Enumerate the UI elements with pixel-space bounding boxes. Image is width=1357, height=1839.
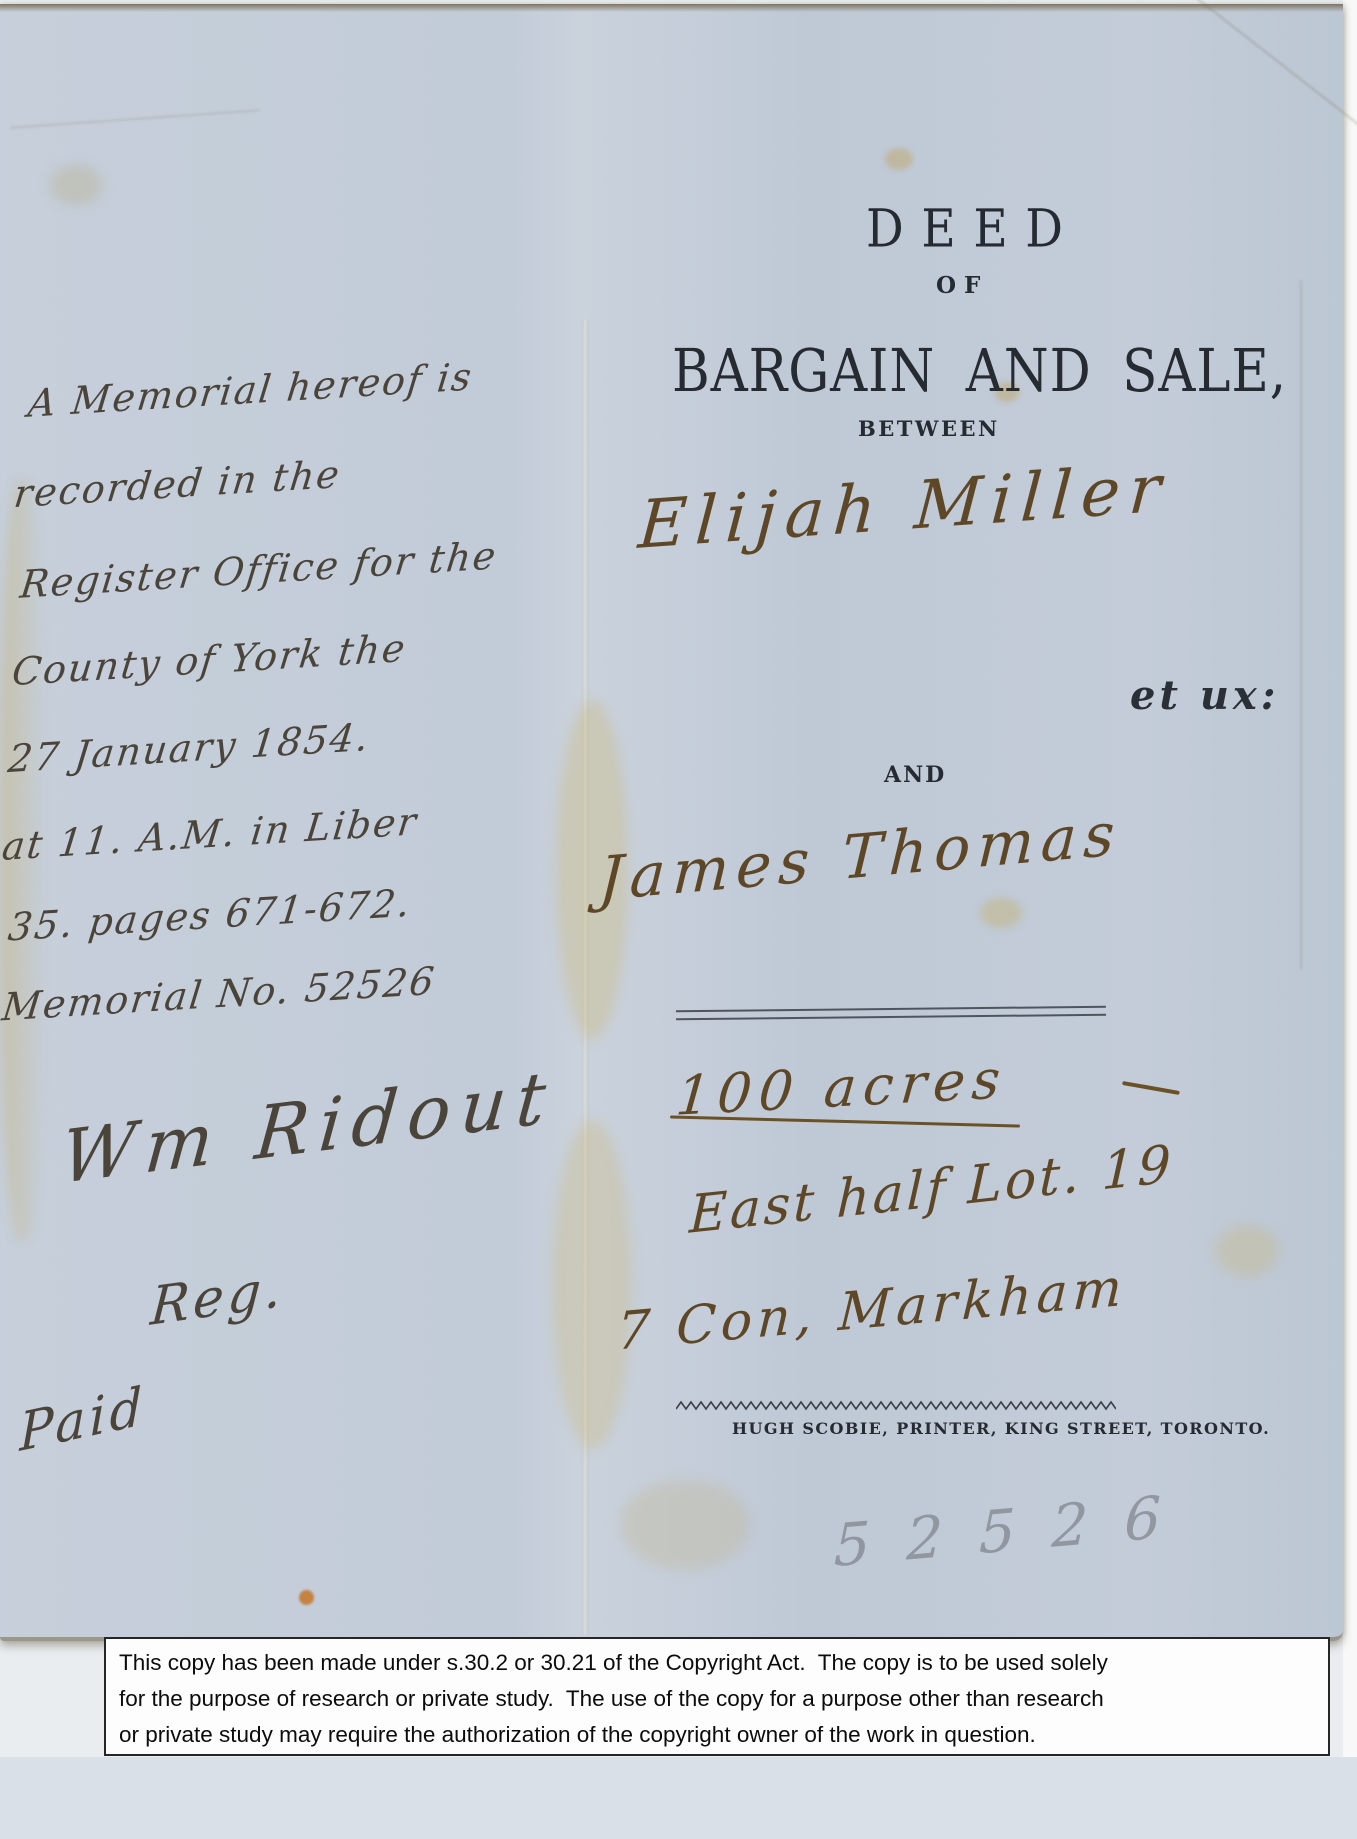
copyright-line: for the purpose of research or private s…	[119, 1681, 1316, 1717]
zigzag-rule	[676, 1400, 1116, 1412]
stain	[552, 1120, 632, 1450]
paper-top-edge	[0, 4, 1343, 12]
vertical-crease	[1300, 280, 1302, 970]
zigzag-rule-path	[676, 1402, 1116, 1409]
stain	[885, 148, 913, 170]
scanner-background-right	[1343, 0, 1357, 1839]
stain	[980, 898, 1022, 928]
copyright-notice-box: This copy has been made under s.30.2 or …	[104, 1637, 1330, 1756]
copyright-line: or private study may require the authori…	[119, 1717, 1316, 1753]
stain	[620, 1480, 750, 1570]
deed-subtitle: BARGAIN AND SALE,	[672, 336, 1287, 405]
foxing-spot	[299, 1590, 314, 1605]
between-label: BETWEEN	[858, 416, 1000, 441]
scanner-background-bottom	[0, 1757, 1357, 1839]
et-ux-label: et ux:	[1130, 672, 1280, 719]
deed-title: DEED	[866, 198, 1081, 260]
printer-imprint: HUGH SCOBIE, PRINTER, KING STREET, TORON…	[732, 1419, 1270, 1438]
deed-of-label: OF	[936, 272, 988, 299]
and-label: AND	[884, 762, 946, 788]
stain	[50, 165, 102, 205]
copyright-line: This copy has been made under s.30.2 or …	[119, 1645, 1316, 1681]
stain	[1215, 1225, 1279, 1277]
scanned-deed-page: DEED OF BARGAIN AND SALE, BETWEEN et ux:…	[0, 0, 1357, 1839]
